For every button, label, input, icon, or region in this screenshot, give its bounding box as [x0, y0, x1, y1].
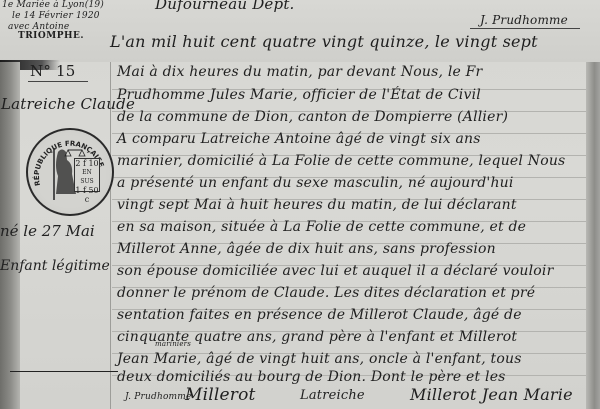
- stamp-value-bottom: 1 f 50 c: [75, 186, 99, 204]
- body-line-3: de la commune de Dion, canton de Dompier…: [117, 109, 508, 125]
- margin-annotation-line-4: TRIOMPHE.: [18, 31, 84, 41]
- margin-legitimacy-status: Enfant légitime: [0, 258, 110, 274]
- signature-flourish: [470, 28, 580, 29]
- body-line-10: son épouse domiciliée avec lui et auquel…: [117, 263, 553, 279]
- entry-number-underline: [28, 81, 88, 82]
- fiscal-stamp: RÉPUBLIQUE FRANÇAISE 2 f 10 EN SUS 1 f 5…: [26, 128, 114, 216]
- body-line-1: Mai à dix heures du matin, par devant No…: [117, 64, 482, 80]
- margin-birth-date: né le 27 Mai: [0, 222, 95, 240]
- stamp-value-box: 2 f 10 EN SUS 1 f 50 c: [74, 158, 100, 192]
- body-line-15: deux domiciliés au bourg de Dion. Dont l…: [117, 369, 506, 385]
- signature-latreiche: Latreiche: [300, 388, 365, 403]
- page-edge: [586, 62, 600, 409]
- body-line-6: a présenté un enfant du sexe masculin, n…: [117, 175, 514, 191]
- previous-entry-fragment: Dufourneau Dépt.: [155, 0, 295, 13]
- signature-millerot-claude: Millerot: [185, 385, 256, 405]
- body-line-11: donner le prénom de Claude. Les dites dé…: [117, 285, 535, 301]
- previous-entry-signature: J. Prudhomme: [480, 13, 568, 27]
- body-line-4: A comparu Latreiche Antoine âgé de vingt…: [117, 131, 481, 147]
- body-line-9: Millerot Anne, âgée de dix huit ans, san…: [117, 241, 496, 257]
- body-line-5: marinier, domicilié à La Folie de cette …: [117, 153, 565, 169]
- header-line: L'an mil huit cent quatre vingt quinze, …: [110, 32, 538, 51]
- stamp-value-top: 2 f 10: [75, 159, 99, 168]
- margin-annotation-line-2: le 14 Février 1920: [12, 11, 100, 21]
- body-line-2: Prudhomme Jules Marie, officier de l'Éta…: [117, 87, 481, 103]
- stamp-value-mid: EN SUS: [75, 168, 99, 186]
- margin-strike-line: [10, 371, 118, 372]
- body-line-8: en sa maison, située à La Folie de cette…: [117, 219, 526, 235]
- body-line-12: sentation faites en présence de Millerot…: [117, 307, 522, 323]
- body-line-14: Jean Marie, âgé de vingt huit ans, oncle…: [117, 351, 522, 367]
- signature-millerot-jean-marie: Millerot Jean Marie: [410, 385, 573, 404]
- body-line-7: vingt sept Mai à huit heures du matin, d…: [117, 197, 517, 213]
- interlinear-note: mariniers: [155, 340, 191, 348]
- margin-annotation-line-1: 1e Mariée à Lyon(19): [2, 0, 104, 10]
- margin-rule: [110, 62, 111, 409]
- register-page: 1e Mariée à Lyon(19) le 14 Février 1920 …: [0, 0, 600, 409]
- entry-name: Latreiche Claude: [1, 95, 135, 113]
- entry-number: N° 15: [30, 62, 75, 80]
- signature-officer: J. Prudhomme: [125, 392, 192, 402]
